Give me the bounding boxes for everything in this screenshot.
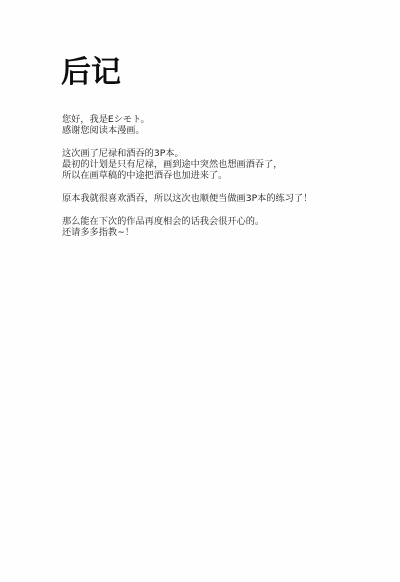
text-line: 最初的计划是只有尼禄，画到途中突然也想画酒吞了， [62, 159, 382, 170]
afterword-page: 后记 您好，我是Eシモト。 感谢您阅读本漫画。 这次画了尼禄和酒吞的3P本。 最… [0, 0, 400, 582]
text-line: 所以在画草稿的中途把酒吞也加进来了。 [62, 170, 382, 181]
text-line: 感谢您阅读本漫画。 [62, 125, 382, 136]
page-title: 后记 [61, 55, 121, 91]
text-line: 还请多多指教~！ [62, 227, 382, 238]
paragraph-greeting: 您好，我是Eシモト。 感谢您阅读本漫画。 [62, 114, 382, 136]
afterword-body: 您好，我是Eシモト。 感谢您阅读本漫画。 这次画了尼禄和酒吞的3P本。 最初的计… [62, 114, 382, 250]
text-line: 原本我就很喜欢酒吞，所以这次也顺便当做画3P本的练习了！ [62, 193, 382, 204]
text-line: 这次画了尼禄和酒吞的3P本。 [62, 148, 382, 159]
paragraph-practice: 原本我就很喜欢酒吞，所以这次也顺便当做画3P本的练习了！ [62, 193, 382, 204]
text-line: 您好，我是Eシモト。 [62, 114, 382, 125]
text-line: 那么能在下次的作品再度相会的话我会很开心的。 [62, 216, 382, 227]
paragraph-about-book: 这次画了尼禄和酒吞的3P本。 最初的计划是只有尼禄，画到途中突然也想画酒吞了， … [62, 148, 382, 181]
paragraph-closing: 那么能在下次的作品再度相会的话我会很开心的。 还请多多指教~！ [62, 216, 382, 238]
